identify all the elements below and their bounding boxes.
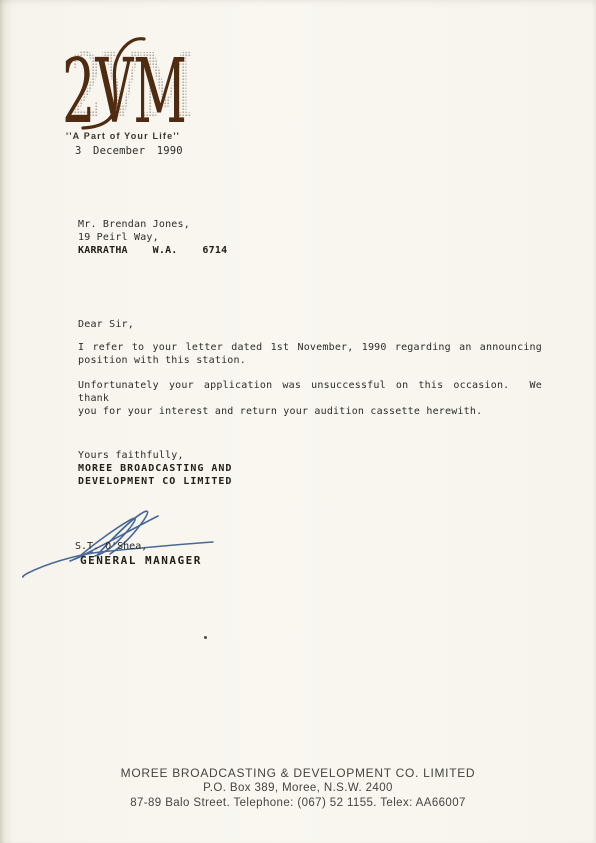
logo-tagline: ''A Part of Your Life'' xyxy=(66,131,180,141)
valediction: Yours faithfully, xyxy=(78,449,232,462)
paragraph-line: you for your interest and return your au… xyxy=(78,405,542,418)
letter-page: 2VM 2VM ''A Part of Your Life'' 3 Decemb… xyxy=(0,0,596,843)
signatory-name: S.T. O'Shea, xyxy=(75,541,147,552)
company-name-line-1: MOREE BROADCASTING AND xyxy=(78,462,232,475)
paragraph-2: Unfortunately your application was unsuc… xyxy=(78,379,542,418)
recipient-name: Mr. Brendan Jones, xyxy=(78,218,227,231)
paragraph-line: position with this station. xyxy=(78,354,542,367)
closing-block: Yours faithfully, MOREE BROADCASTING AND… xyxy=(78,449,232,488)
paper-speck xyxy=(204,636,207,639)
station-logo-2vm: 2VM 2VM xyxy=(56,36,196,136)
letterhead-footer: MOREE BROADCASTING & DEVELOPMENT CO. LIM… xyxy=(0,765,596,811)
recipient-street: 19 Peirl Way, xyxy=(78,231,227,244)
date-line: 3 December 1990 xyxy=(75,145,183,158)
paragraph-line: I refer to your letter dated 1st Novembe… xyxy=(78,341,542,354)
footer-contact-line: 87-89 Balo Street. Telephone: (067) 52 1… xyxy=(0,796,596,811)
recipient-city-line: KARRATHA W.A. 6714 xyxy=(78,244,227,257)
footer-po-box: P.O. Box 389, Moree, N.S.W. 2400 xyxy=(0,781,596,796)
company-name-line-2: DEVELOPMENT CO LIMITED xyxy=(78,475,232,488)
footer-company-name: MOREE BROADCASTING & DEVELOPMENT CO. LIM… xyxy=(0,765,596,781)
salutation: Dear Sir, xyxy=(78,318,134,331)
paragraph-line: Unfortunately your application was unsuc… xyxy=(78,379,542,405)
signatory-title: GENERAL MANAGER xyxy=(80,554,202,567)
logo-text: 2VM xyxy=(62,39,187,136)
recipient-address: Mr. Brendan Jones, 19 Peirl Way, KARRATH… xyxy=(78,218,227,257)
paragraph-1: I refer to your letter dated 1st Novembe… xyxy=(78,341,542,367)
